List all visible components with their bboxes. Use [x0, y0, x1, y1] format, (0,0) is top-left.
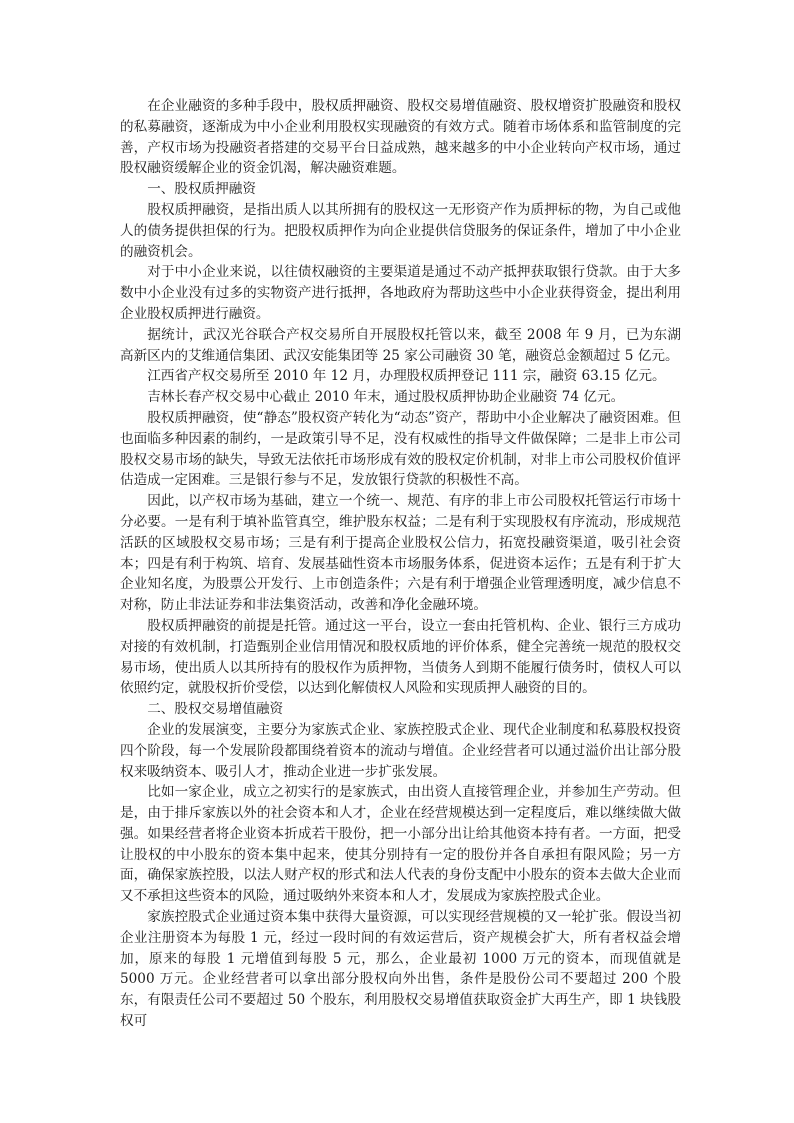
paragraph: 吉林长春产权交易中心截止 2010 年末，通过股权质押协助企业融资 74 亿元。 [120, 387, 681, 408]
paragraph: 江西省产权交易所至 2010 年 12 月，办理股权质押登记 111 宗，融资 … [120, 366, 681, 387]
section-heading-2: 二、股权交易增值融资 [120, 699, 681, 720]
paragraph-intro: 在企业融资的多种手段中，股权质押融资、股权交易增值融资、股权增资扩股融资和股权的… [120, 96, 681, 179]
paragraph: 比如一家企业，成立之初实行的是家族式，由出资人直接管理企业，并参加生产劳动。但是… [120, 782, 681, 907]
paragraph: 企业的发展演变，主要分为家族式企业、家族控股式企业、现代企业制度和私募股权投资四… [120, 720, 681, 782]
paragraph: 股权质押融资的前提是托管。通过这一平台，设立一套由托管机构、企业、银行三方成功对… [120, 616, 681, 699]
paragraph: 股权质押融资，是指出质人以其所拥有的股权这一无形资产作为质押标的物，为自己或他人… [120, 200, 681, 262]
paragraph: 因此，以产权市场为基础，建立一个统一、规范、有序的非上市公司股权托管运行市场十分… [120, 491, 681, 616]
document-page: 在企业融资的多种手段中，股权质押融资、股权交易增值融资、股权增资扩股融资和股权的… [120, 96, 681, 1032]
paragraph: 股权质押融资，使“静态”股权资产转化为“动态”资产，帮助中小企业解决了融资困难。… [120, 408, 681, 491]
paragraph: 据统计，武汉光谷联合产权交易所自开展股权托管以来，截至 2008 年 9 月，已… [120, 325, 681, 367]
section-heading-1: 一、股权质押融资 [120, 179, 681, 200]
paragraph: 对于中小企业来说，以往债权融资的主要渠道是通过不动产抵押获取银行贷款。由于大多数… [120, 262, 681, 324]
paragraph: 家族控股式企业通过资本集中获得大量资源，可以实现经营规模的又一轮扩张。假设当初企… [120, 907, 681, 1032]
